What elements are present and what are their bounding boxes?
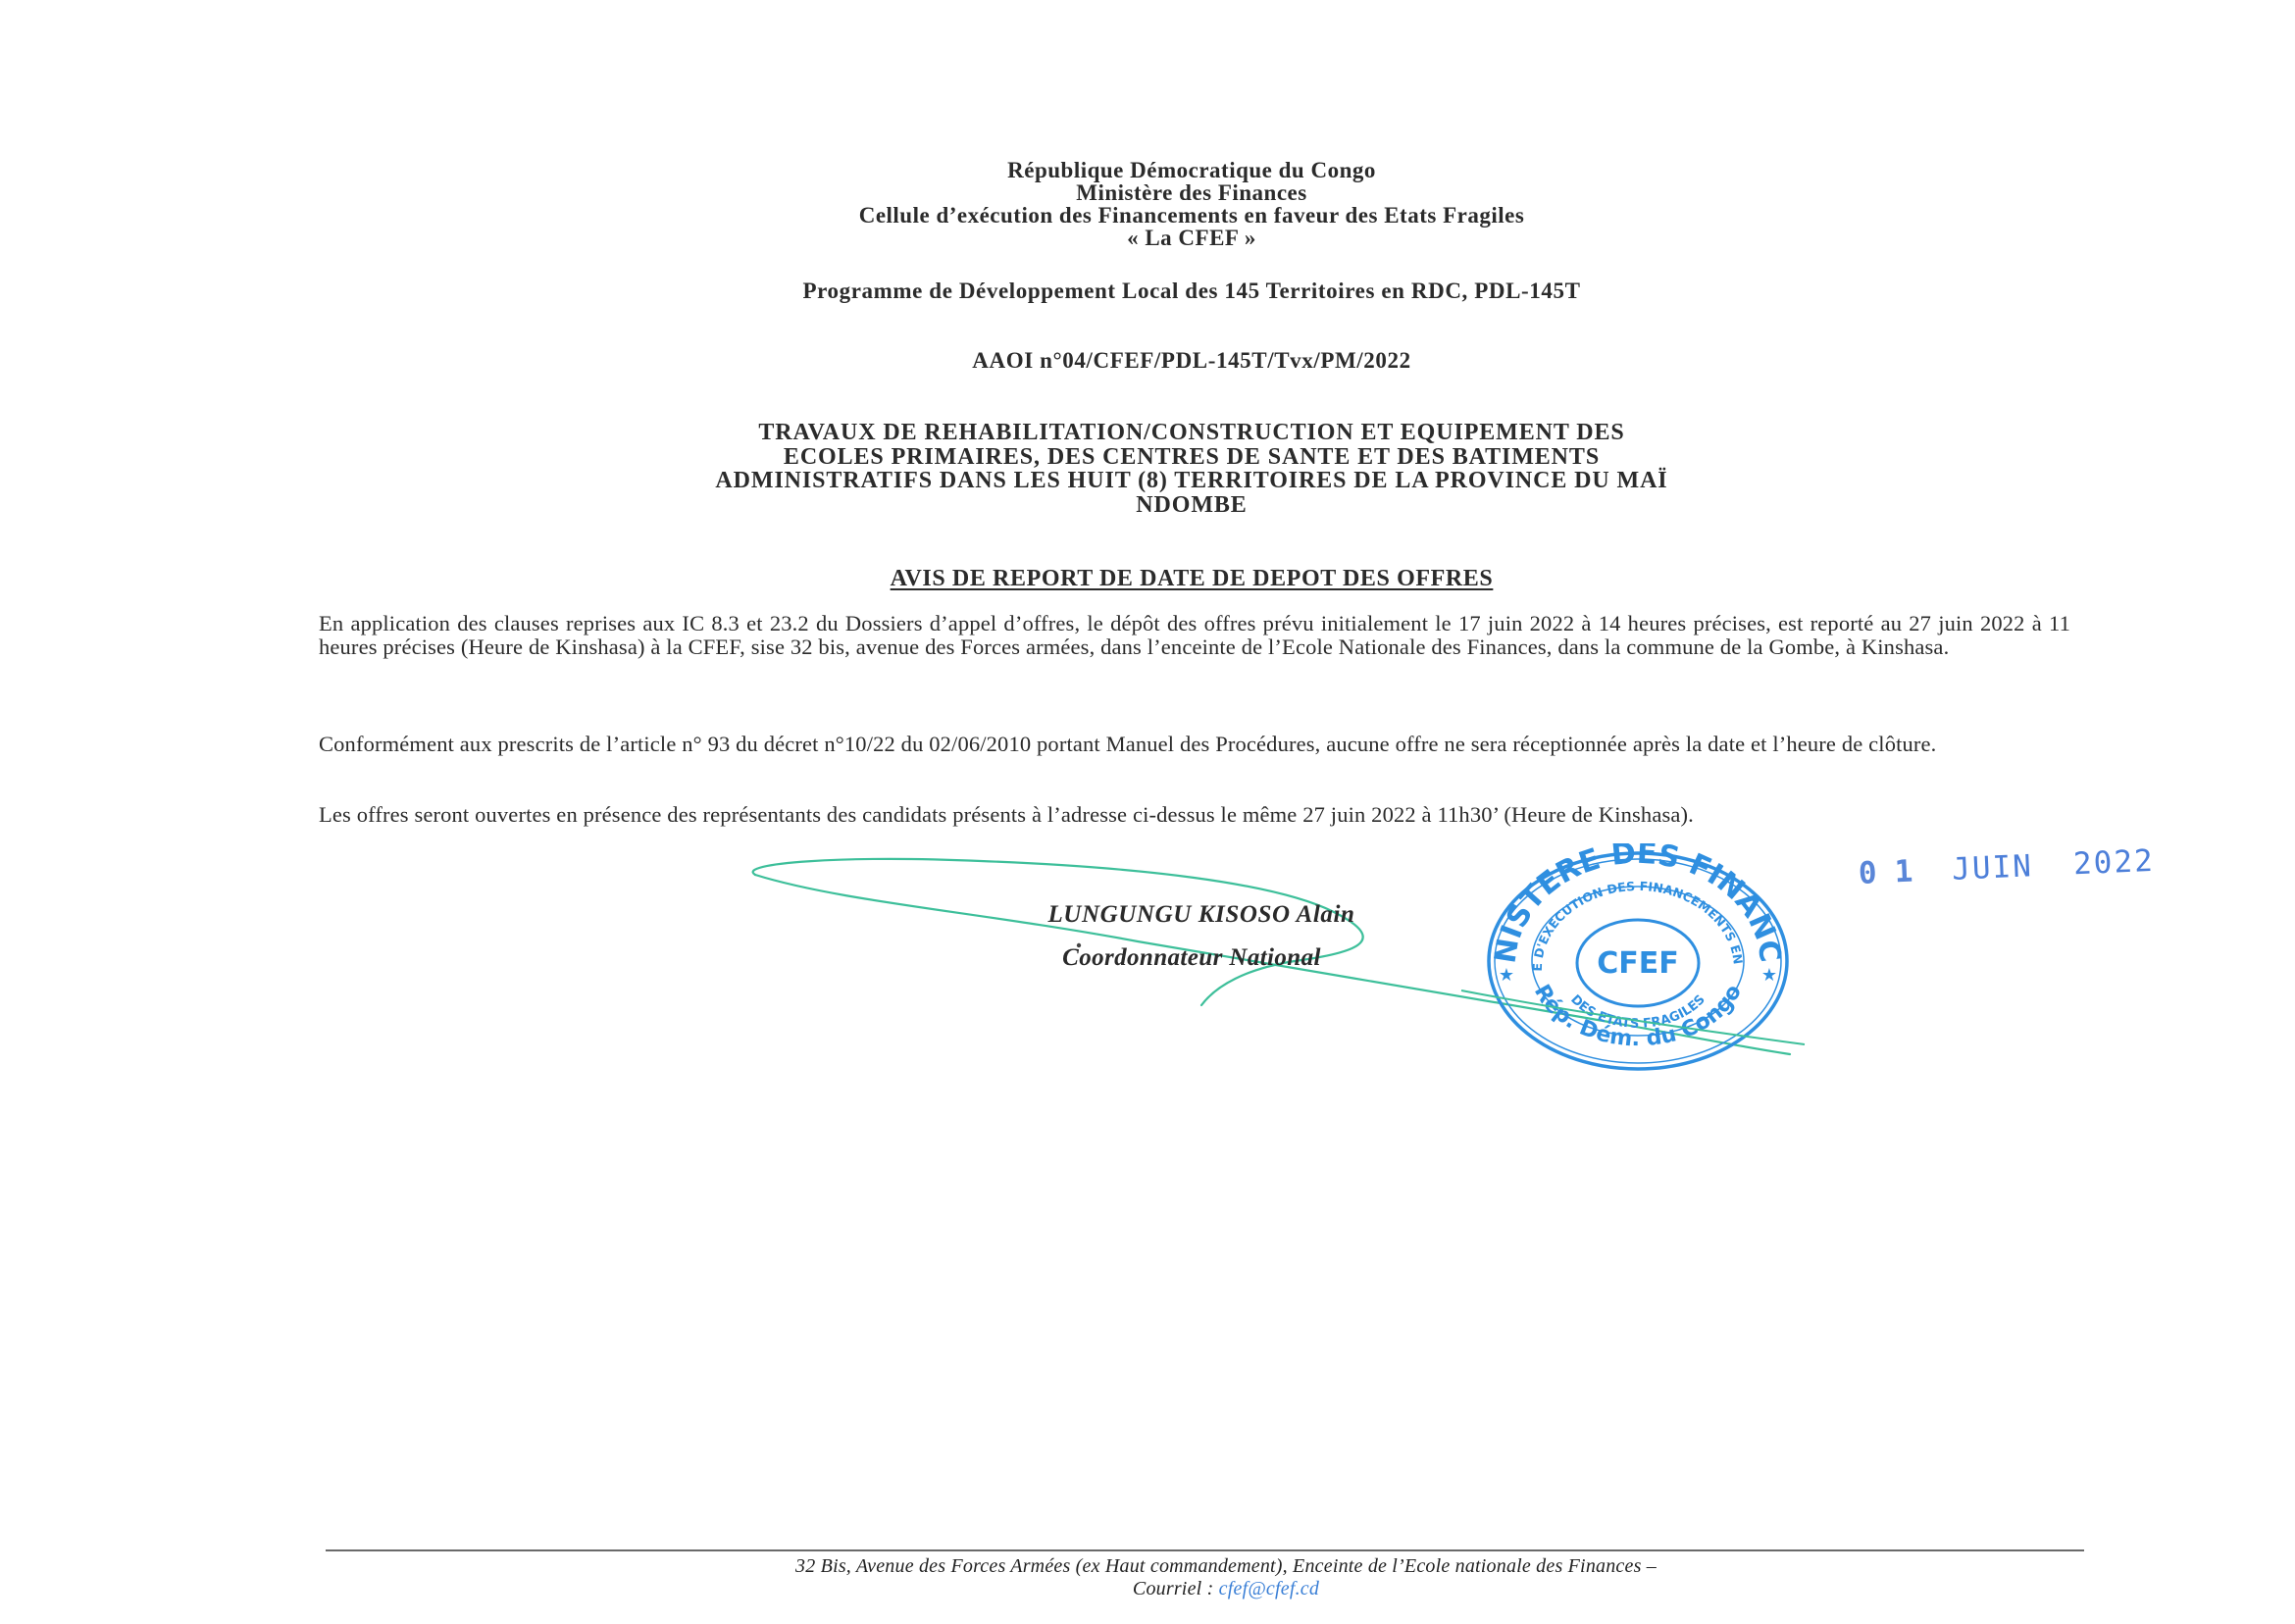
footer-contact: Courriel : cfef@cfef.cd	[294, 1578, 2158, 1600]
footer-divider	[326, 1549, 2084, 1551]
signatory-title: Coordonnateur National	[927, 944, 1456, 972]
works-title-line: ECOLES PRIMAIRES, DES CENTRES DE SANTE E…	[363, 445, 2020, 470]
works-title-line: ADMINISTRATIFS DANS LES HUIT (8) TERRITO…	[363, 469, 2020, 493]
letterhead-country: République Démocratique du Congo	[618, 159, 1765, 181]
paragraph-opening: Les offres seront ouvertes en présence d…	[319, 803, 2070, 827]
date-stamp-year: 2022	[2072, 843, 2155, 883]
tender-reference: AAOI n°04/CFEF/PDL-145T/Tvx/PM/2022	[441, 348, 1942, 374]
letterhead-ministry: Ministère des Finances	[618, 181, 1765, 204]
date-stamp: 01JUIN 2022	[1858, 843, 2155, 891]
svg-text:Rép. Dém. du Congo: Rép. Dém. du Congo	[1529, 981, 1747, 1051]
paragraph-regulation: Conformément aux prescrits de l’article …	[319, 733, 2070, 756]
letterhead-cell: Cellule d’exécution des Financements en …	[618, 204, 1765, 227]
signatory-name: LUNGUNGU KISOSO Alain	[927, 901, 1476, 929]
official-stamp-icon: MINISTERE DES FINANCES CELLULE D'EXECUTI…	[1442, 843, 1834, 1079]
works-title-line: NDOMBE	[363, 493, 2020, 518]
stamp-center-text: CFEF	[1597, 946, 1679, 981]
date-stamp-day: 01	[1858, 853, 1931, 891]
programme-name: Programme de Développement Local des 145…	[441, 279, 1942, 304]
footer-email-label: Courriel :	[1133, 1578, 1219, 1599]
footer-address: 32 Bis, Avenue des Forces Armées (ex Hau…	[294, 1555, 2158, 1578]
works-title: TRAVAUX DE REHABILITATION/CONSTRUCTION E…	[363, 421, 2020, 517]
letterhead: République Démocratique du Congo Ministè…	[618, 159, 1765, 249]
date-stamp-month: JUIN	[1951, 848, 2033, 888]
paragraph-postponement: En application des clauses reprises aux …	[319, 612, 2070, 659]
star-icon: ★	[1499, 965, 1514, 985]
stamp-lower-outer-text: Rép. Dém. du Congo	[1529, 981, 1747, 1051]
works-title-line: TRAVAUX DE REHABILITATION/CONSTRUCTION E…	[363, 421, 2020, 445]
notice-title-text: AVIS DE REPORT DE DATE DE DEPOT DES OFFR…	[891, 566, 1494, 591]
notice-title: AVIS DE REPORT DE DATE DE DEPOT DES OFFR…	[441, 566, 1942, 592]
letterhead-acronym: « La CFEF »	[618, 227, 1765, 249]
star-icon: ★	[1761, 965, 1777, 985]
footer-email-link[interactable]: cfef@cfef.cd	[1219, 1578, 1319, 1599]
